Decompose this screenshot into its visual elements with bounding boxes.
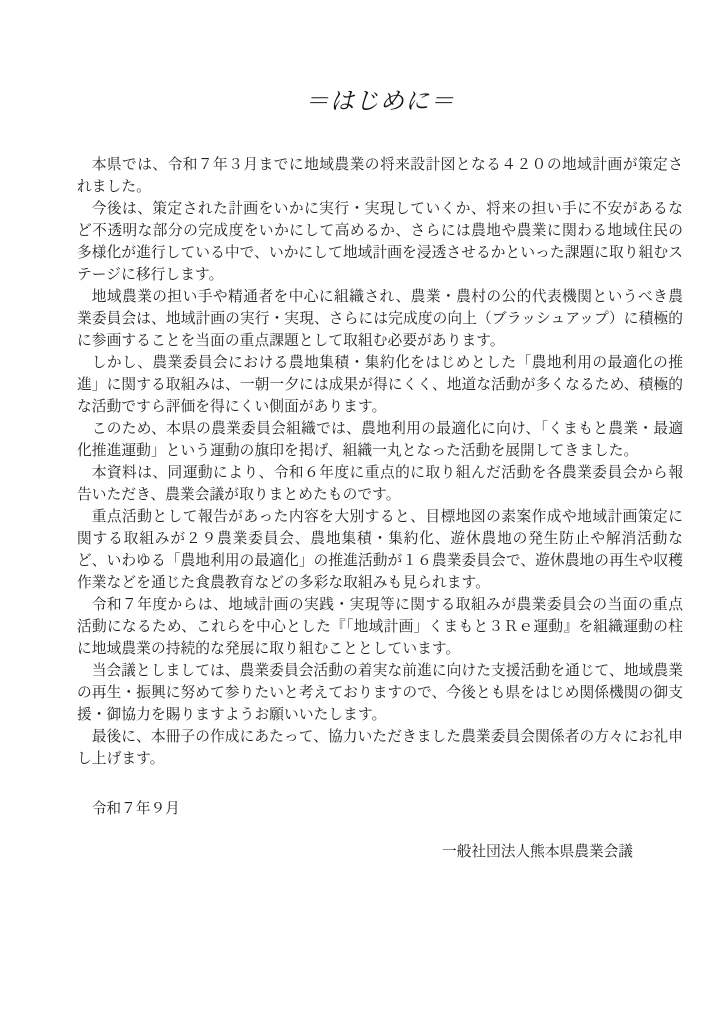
document-date: 令和７年９月 (77, 798, 683, 820)
paragraph: 重点活動として報告があった内容を大別すると、目標地図の素案作成や地域計画策定に関… (77, 506, 683, 594)
paragraph: 今後は、策定された計画をいかに実行・実現していくか、将来の担い手に不安があるなど… (77, 198, 683, 286)
signature: 一般社団法人熊本県農業会議 (77, 841, 683, 863)
document-title: ＝はじめに＝ (77, 86, 683, 118)
paragraph: 地域農業の担い手や精通者を中心に組織され、農業・農村の公的代表機関というべき農業… (77, 286, 683, 352)
document-page: ＝はじめに＝ 本県では、令和７年３月までに地域農業の将来設計図となる４２０の地域… (0, 0, 724, 1024)
paragraph: しかし、農業委員会における農地集積・集約化をはじめとした「農地利用の最適化の推進… (77, 352, 683, 418)
paragraph: 本県では、令和７年３月までに地域農業の将来設計図となる４２０の地域計画が策定され… (77, 154, 683, 198)
paragraph: 最後に、本冊子の作成にあたって、協力いただきました農業委員会関係者の方々にお礼申… (77, 726, 683, 770)
paragraph: 令和７年度からは、地域計画の実践・実現等に関する取組みが農業委員会の当面の重点活… (77, 594, 683, 660)
paragraph: 当会議としましては、農業委員会活動の着実な前進に向けた支援活動を通じて、地域農業… (77, 660, 683, 726)
document-body: 本県では、令和７年３月までに地域農業の将来設計図となる４２０の地域計画が策定され… (77, 154, 683, 770)
paragraph: 本資料は、同運動により、令和６年度に重点的に取り組んだ活動を各農業委員会から報告… (77, 462, 683, 506)
paragraph: このため、本県の農業委員会組織では、農地利用の最適化に向け、「くまもと農業・最適… (77, 418, 683, 462)
